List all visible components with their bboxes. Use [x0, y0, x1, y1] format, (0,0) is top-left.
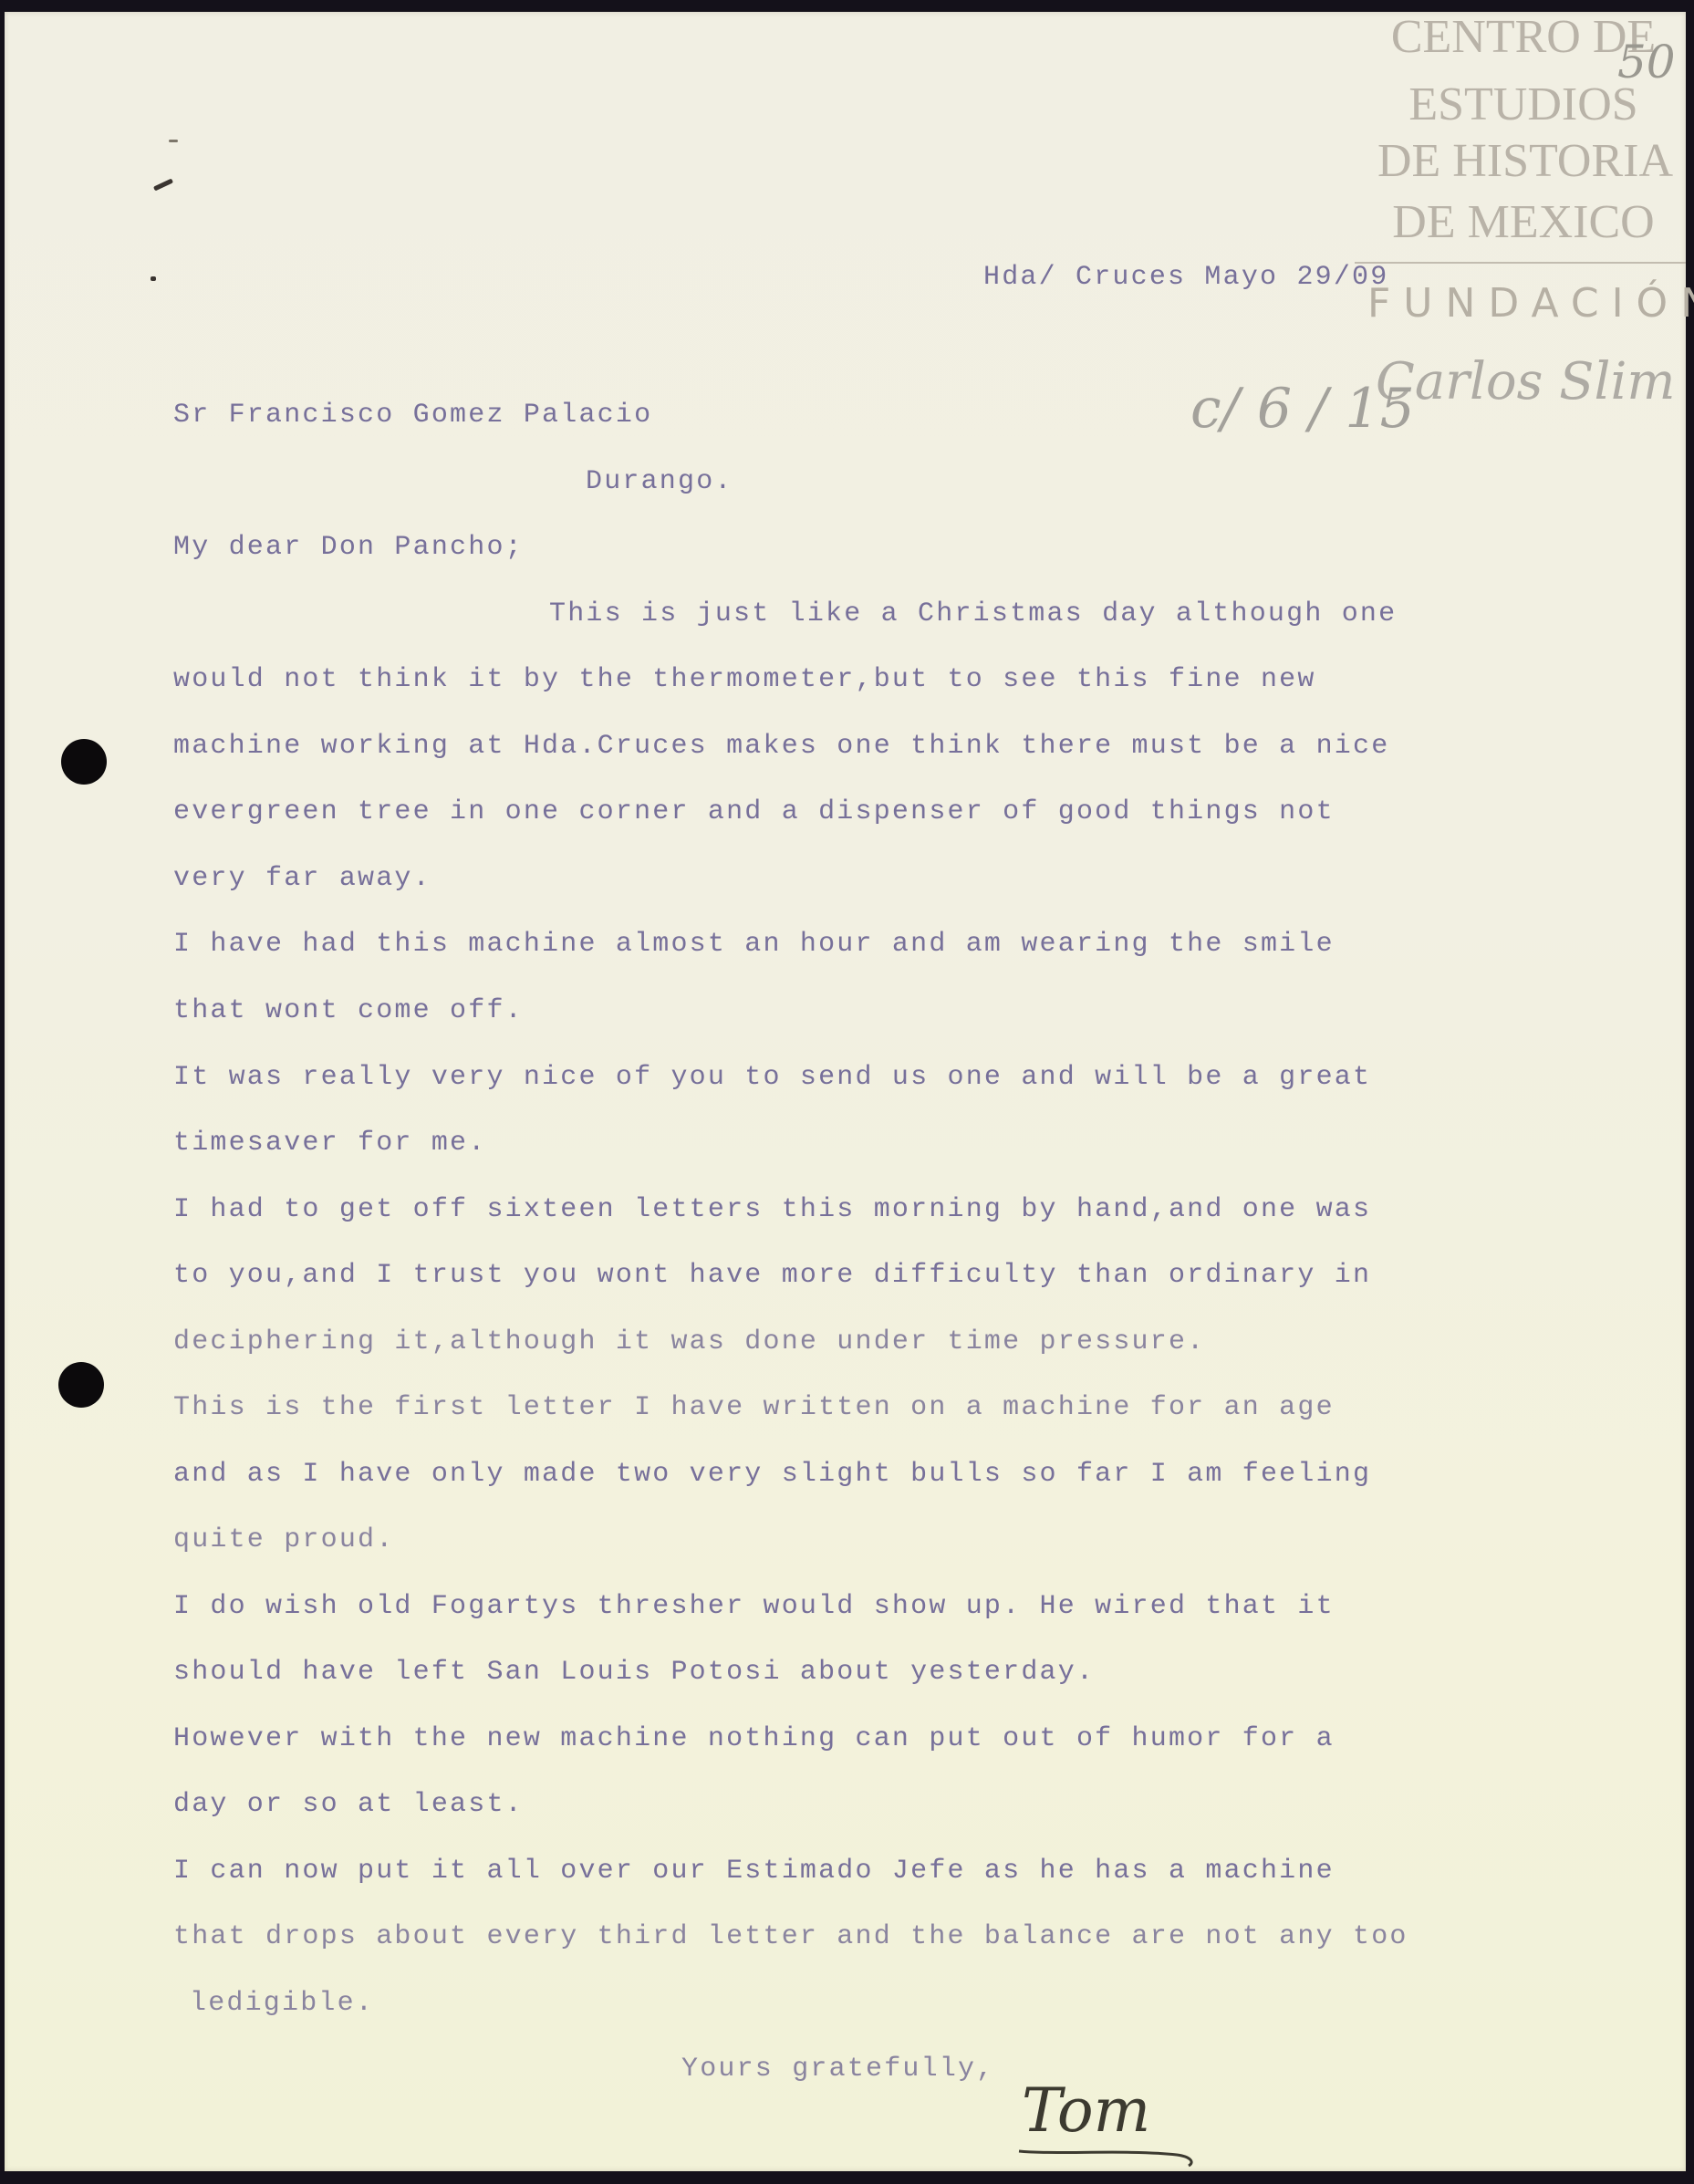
body-line: quite proud. — [173, 1526, 394, 1554]
archive-stamp-line-4: DE MEXICO — [1368, 199, 1678, 246]
body-line: should have left San Louis Potosi about … — [173, 1659, 1095, 1686]
margin-speck — [153, 179, 173, 192]
margin-speck — [169, 140, 178, 142]
body-line: I can now put it all over our Estimado J… — [173, 1857, 1335, 1885]
archive-stamp-divider — [1355, 262, 1686, 264]
archive-stamp-foundation-name: Carlos Slim — [1376, 357, 1675, 408]
body-line: I had to get off sixteen letters this mo… — [173, 1196, 1371, 1223]
body-line: would not think it by the thermometer,bu… — [173, 666, 1316, 693]
signature-flourish — [1017, 2142, 1200, 2169]
archive-stamp-foundation-label: FUNDACIÓN — [1367, 284, 1694, 324]
page-number-mark: 50 — [1617, 39, 1676, 85]
punch-hole-lower — [58, 1362, 104, 1408]
body-line: to you,and I trust you wont have more di… — [173, 1262, 1371, 1289]
body-line: It was really very nice of you to send u… — [173, 1064, 1371, 1091]
body-line: and as I have only made two very slight … — [173, 1461, 1371, 1488]
body-line: deciphering it,although it was done unde… — [173, 1328, 1205, 1356]
recipient-city: Durango. — [586, 468, 733, 495]
body-line: I have had this machine almost an hour a… — [173, 931, 1335, 958]
catalog-mark: c/ 6 / 15 — [1190, 381, 1415, 436]
body-line: machine working at Hda.Cruces makes one … — [173, 733, 1389, 760]
body-line: This is the first letter I have written … — [173, 1394, 1335, 1421]
body-line: day or so at least. — [173, 1791, 524, 1818]
body-line: This is just like a Christmas day althou… — [549, 600, 1397, 628]
salutation: My dear Don Pancho; — [173, 534, 524, 561]
archive-stamp-line-3: DE HISTORIA — [1356, 138, 1694, 185]
recipient-name: Sr Francisco Gomez Palacio — [173, 401, 652, 429]
body-line: I do wish old Fogartys thresher would sh… — [173, 1593, 1335, 1620]
body-line: that wont come off. — [173, 997, 524, 1024]
signature: Tom — [1022, 2081, 1150, 2141]
punch-hole-upper — [61, 739, 107, 785]
letter-dateline: Hda/ Cruces Mayo 29/09 — [983, 264, 1388, 291]
body-line: timesaver for me. — [173, 1129, 486, 1157]
body-line: very far away. — [173, 865, 431, 892]
body-line: that drops about every third letter and … — [173, 1923, 1408, 1950]
body-line: evergreen tree in one corner and a dispe… — [173, 798, 1335, 826]
body-line: ledigible. — [190, 1990, 374, 2017]
closing: Yours gratefully, — [681, 2055, 994, 2083]
margin-speck — [151, 276, 156, 281]
letter-page: CENTRO DE ESTUDIOS DE HISTORIA DE MEXICO… — [5, 12, 1686, 2171]
body-line: However with the new machine nothing can… — [173, 1725, 1335, 1752]
